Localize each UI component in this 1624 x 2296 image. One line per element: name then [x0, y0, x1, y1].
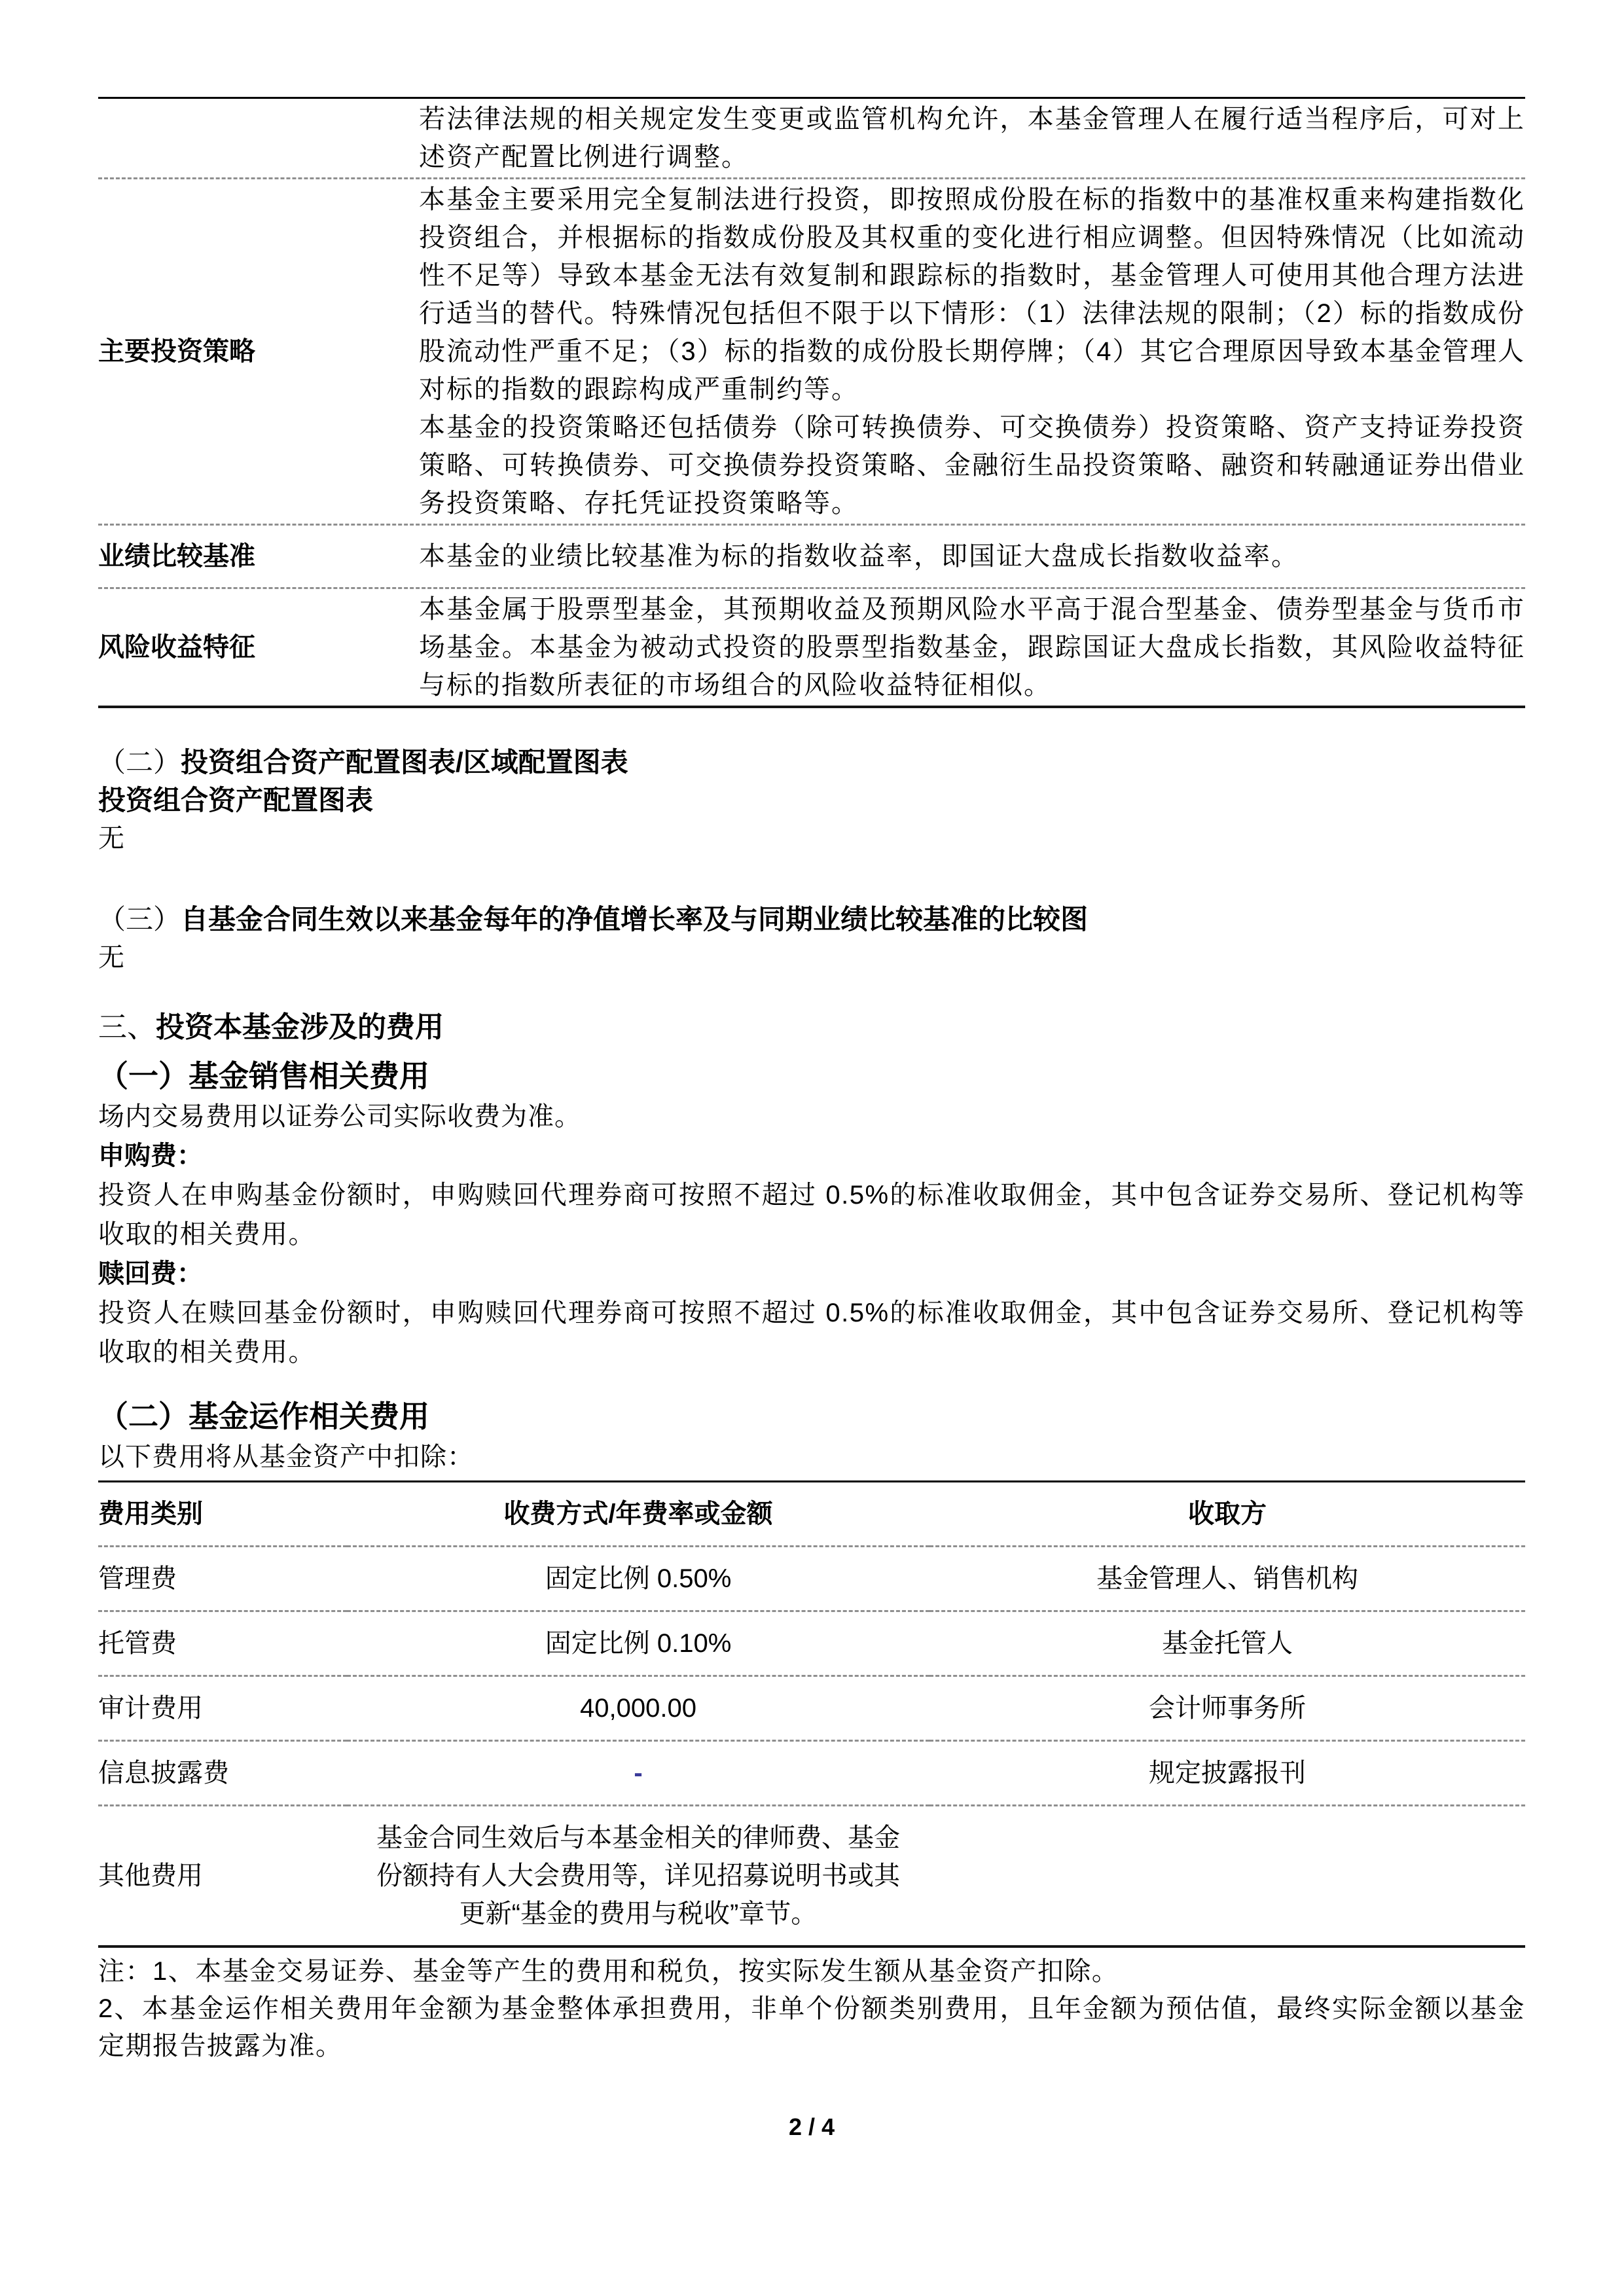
row-label: [98, 100, 419, 176]
section-prefix: （二）: [98, 747, 181, 778]
fee-recipient: [929, 1806, 1525, 1947]
fee-recipient: 会计师事务所: [929, 1676, 1525, 1741]
fee-row-management: 管理费 固定比例 0.50% 基金管理人、销售机构: [98, 1547, 1525, 1611]
fee-row-custody: 托管费 固定比例 0.10% 基金托管人: [98, 1611, 1525, 1676]
row-text: 若法律法规的相关规定发生变更或监管机构允许，本基金管理人在履行适当程序后，可对上…: [419, 100, 1525, 176]
row-text: 本基金属于股票型基金，其预期收益及预期风险水平高于混合型基金、债券型基金与货币市…: [419, 590, 1525, 704]
redemption-fee-label: 赎回费：: [98, 1254, 1525, 1293]
chapter-fees-heading: 三、投资本基金涉及的费用: [98, 1008, 1525, 1047]
fee-recipient: 基金托管人: [929, 1611, 1525, 1676]
fund-info-table: 若法律法规的相关规定发生变更或监管机构允许，本基金管理人在履行适当程序后，可对上…: [98, 97, 1525, 708]
page-number: 2 / 4: [98, 2113, 1525, 2141]
table-row: 业绩比较基准 本基金的业绩比较基准为标的指数收益率，即国证大盘成长指数收益率。: [98, 526, 1525, 589]
document-content: 若法律法规的相关规定发生变更或监管机构允许，本基金管理人在履行适当程序后，可对上…: [98, 0, 1525, 2141]
fee-recipient: 规定披露报刊: [929, 1741, 1525, 1806]
subscription-fee-label: 申购费：: [98, 1136, 1525, 1175]
header-fee-recipient: 收取方: [929, 1482, 1525, 1547]
table-row: 风险收益特征 本基金属于股票型基金，其预期收益及预期风险水平高于混合型基金、债券…: [98, 589, 1525, 706]
row-text: 本基金的业绩比较基准为标的指数收益率，即国证大盘成长指数收益率。: [419, 537, 1525, 575]
chapter-title: 投资本基金涉及的费用: [156, 1011, 444, 1043]
section-title: 投资组合资产配置图表/区域配置图表: [181, 747, 628, 778]
row-label: 业绩比较基准: [98, 537, 419, 575]
sales-fees-intro: 场内交易费用以证券公司实际收费为准。: [98, 1097, 1525, 1136]
fee-method: 固定比例 0.10%: [347, 1611, 929, 1676]
fee-method-dash: -: [347, 1741, 929, 1806]
table-row: 若法律法规的相关规定发生变更或监管机构允许，本基金管理人在履行适当程序后，可对上…: [98, 99, 1525, 179]
section-growth-value: 无: [98, 939, 1525, 977]
fee-category: 其他费用: [98, 1806, 347, 1947]
fee-category: 信息披露费: [98, 1741, 347, 1806]
operation-fees-heading: （二）基金运作相关费用: [98, 1395, 1525, 1437]
fee-row-disclosure: 信息披露费 - 规定披露报刊: [98, 1741, 1525, 1806]
top-margin: [98, 0, 1525, 97]
document-page: 若法律法规的相关规定发生变更或监管机构允许，本基金管理人在履行适当程序后，可对上…: [0, 0, 1624, 2296]
fee-table-header-row: 费用类别 收费方式/年费率或金额 收取方: [98, 1482, 1525, 1547]
row-label: 风险收益特征: [98, 590, 419, 704]
header-fee-category: 费用类别: [98, 1482, 347, 1547]
note-line-2: 2、本基金运作相关费用年金额为基金整体承担费用，非单个份额类别费用，且年金额为预…: [98, 1990, 1525, 2065]
section-growth-heading: （三）自基金合同生效以来基金每年的净值增长率及与同期业绩比较基准的比较图: [98, 901, 1525, 939]
table-row: 主要投资策略 本基金主要采用完全复制法进行投资，即按照成份股在标的指数中的基准权…: [98, 179, 1525, 526]
fee-method: 固定比例 0.50%: [347, 1547, 929, 1611]
sales-fees-heading: （一）基金销售相关费用: [98, 1055, 1525, 1097]
subscription-fee-text: 投资人在申购基金份额时，申购赎回代理券商可按照不超过 0.5%的标准收取佣金，其…: [98, 1175, 1525, 1254]
fee-category: 管理费: [98, 1547, 347, 1611]
header-fee-method: 收费方式/年费率或金额: [347, 1482, 929, 1547]
fee-method: 40,000.00: [347, 1676, 929, 1741]
fee-recipient: 基金管理人、销售机构: [929, 1547, 1525, 1611]
section-allocation-subtitle: 投资组合资产配置图表: [98, 781, 1525, 819]
operation-fees-intro: 以下费用将从基金资产中扣除：: [98, 1437, 1525, 1477]
fee-category: 托管费: [98, 1611, 347, 1676]
chapter-prefix: 三、: [98, 1011, 156, 1043]
section-prefix: （三）: [98, 904, 181, 935]
fee-category: 审计费用: [98, 1676, 347, 1741]
section-allocation-value: 无: [98, 819, 1525, 857]
note-line-1: 注：1、本基金交易证券、基金等产生的费用和税负，按实际发生额从基金资产扣除。: [98, 1953, 1525, 1990]
fee-notes: 注：1、本基金交易证券、基金等产生的费用和税负，按实际发生额从基金资产扣除。 2…: [98, 1953, 1525, 2065]
section-allocation-heading: （二）投资组合资产配置图表/区域配置图表: [98, 744, 1525, 781]
row-text: 本基金主要采用完全复制法进行投资，即按照成份股在标的指数中的基准权重来构建指数化…: [419, 181, 1525, 522]
fee-row-other: 其他费用 基金合同生效后与本基金相关的律师费、基金 份额持有人大会费用等，详见招…: [98, 1806, 1525, 1947]
fee-row-audit: 审计费用 40,000.00 会计师事务所: [98, 1676, 1525, 1741]
fee-method: 基金合同生效后与本基金相关的律师费、基金 份额持有人大会费用等，详见招募说明书或…: [347, 1806, 929, 1947]
row-label: 主要投资策略: [98, 181, 419, 522]
section-title: 自基金合同生效以来基金每年的净值增长率及与同期业绩比较基准的比较图: [181, 904, 1088, 935]
redemption-fee-text: 投资人在赎回基金份额时，申购赎回代理券商可按照不超过 0.5%的标准收取佣金，其…: [98, 1293, 1525, 1372]
operation-fees-table: 费用类别 收费方式/年费率或金额 收取方 管理费 固定比例 0.50% 基金管理…: [98, 1480, 1525, 1948]
